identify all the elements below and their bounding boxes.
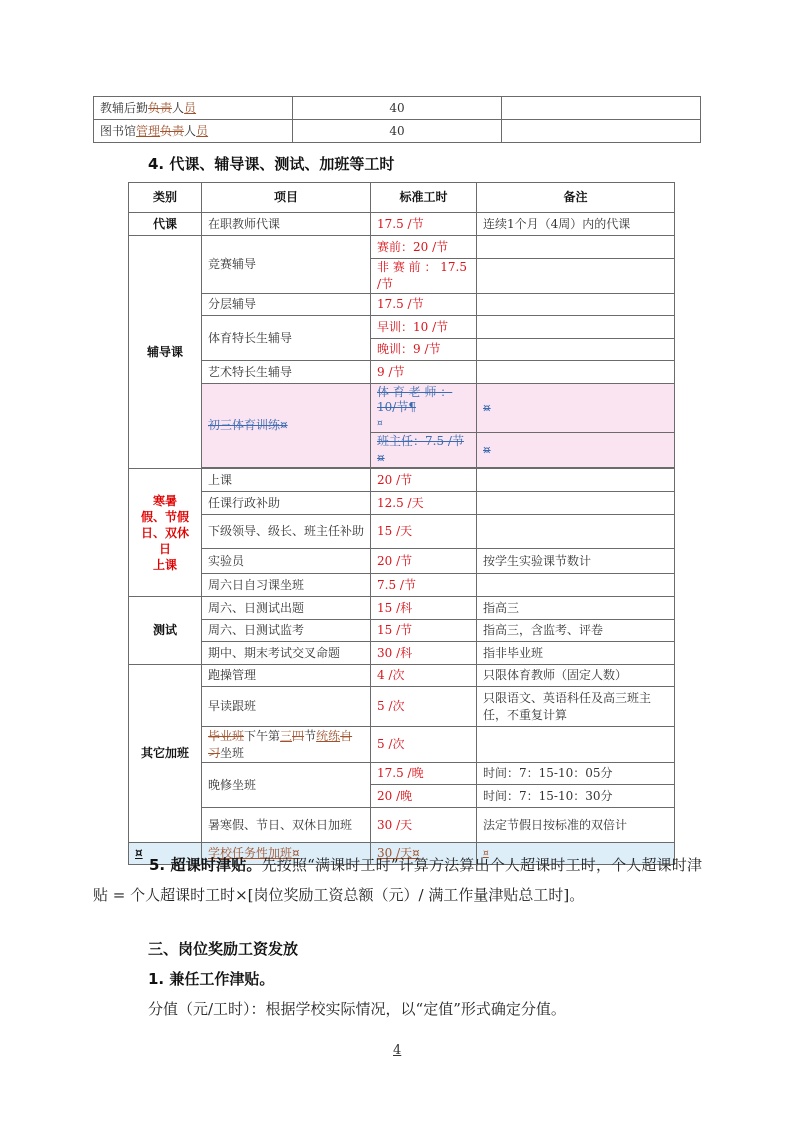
cell-item: 周六日自习课坐班 — [202, 574, 371, 597]
table-header-row: 类别 项目 标准工时 备注 — [129, 183, 675, 213]
cell-item: 竞赛辅导 — [202, 236, 371, 294]
cell-item: 在职教师代课 — [202, 213, 371, 236]
cell-note — [502, 97, 701, 120]
cell-note — [477, 316, 675, 339]
cell-note: 时间：7：15-10：30分 — [477, 785, 675, 808]
category-holiday: 寒暑假、节假日、双休日上课 — [129, 469, 202, 597]
table-row: 下级领导、级长、班主任补助 15 /天 — [129, 515, 675, 549]
cell-hours: 17.5 /节 — [371, 294, 477, 316]
cell-item: 实验员 — [202, 549, 371, 574]
subsection-heading: 1. 兼任工作津贴。 — [148, 964, 274, 994]
cell-hours: 7.5 /节 — [371, 574, 477, 597]
category-fudao: 辅导课 — [129, 236, 202, 469]
cell-note — [477, 236, 675, 259]
cell-note — [502, 120, 701, 143]
table-row: 暑寒假、节日、双休日加班 30 /天 法定节假日按标准的双倍计 — [129, 808, 675, 843]
category-daike: 代课 — [129, 213, 202, 236]
cell-hours: 5 /次 — [371, 687, 477, 727]
table-row: 毕业班下午第三四节统练自习坐班 5 /次 — [129, 727, 675, 763]
table-row: 早读跟班 5 /次 只限语文、英语科任及高三班主任，不重复计算 — [129, 687, 675, 727]
cell-item: 艺术特长生辅导 — [202, 361, 371, 384]
table-row: 代课 在职教师代课 17.5 /节 连续1个月（4周）内的代课 — [129, 213, 675, 236]
section-three-heading: 三、岗位奖励工资发放 — [148, 934, 298, 964]
header-category: 类别 — [129, 183, 202, 213]
cell-item: 教辅后勤负责人员 — [94, 97, 293, 120]
cell-item: 初三体育训练¤ — [202, 384, 371, 468]
cell-note — [477, 574, 675, 597]
cell-item: 下级领导、级长、班主任补助 — [202, 515, 371, 549]
header-hours: 标准工时 — [371, 183, 477, 213]
cell-hours: 20 /节 — [371, 469, 477, 492]
cell-note — [477, 361, 675, 384]
cell-item: 暑寒假、节日、双休日加班 — [202, 808, 371, 843]
cell-hours: 20 /晚 — [371, 785, 477, 808]
table-row: 周六、日测试监考 15 /节 指高三，含监考、评卷 — [129, 620, 675, 642]
cell-item: 早读跟班 — [202, 687, 371, 727]
cell-item: 周六、日测试监考 — [202, 620, 371, 642]
table-row-tracked-deletion: 初三体育训练¤ 体 育 老 师 ：10/节¶¤ ¤ — [129, 384, 675, 433]
cell-hours: 班主任：7.5 /节¤ — [371, 433, 477, 468]
body-text: 分值（元/工时）：根据学校实际情况，以“定值”形式确定分值。 — [148, 994, 566, 1024]
cell-hours: 15 /科 — [371, 597, 477, 620]
table-row: 其它加班 跑操管理 4 /次 只限体育教师（固定人数） — [129, 665, 675, 687]
cell-note: 连续1个月（4周）内的代课 — [477, 213, 675, 236]
section5-paragraph: 5. 超课时津贴。先按照“满课时工时”计算方法算出个人超课时工时，个人超课时津贴… — [93, 850, 702, 910]
category-ceshi: 测试 — [129, 597, 202, 665]
table-row: 辅导课 竞赛辅导 赛前：20 /节 — [129, 236, 675, 259]
cell-hours: 17.5 /晚 — [371, 763, 477, 785]
table-row: 实验员 20 /节 按学生实验课节数计 — [129, 549, 675, 574]
cell-hours: 12.5 /天 — [371, 492, 477, 515]
table-row: 体育特长生辅导 早训：10 /节 — [129, 316, 675, 339]
cell-hours: 5 /次 — [371, 727, 477, 763]
cell-note — [477, 492, 675, 515]
header-note: 备注 — [477, 183, 675, 213]
top-table: 教辅后勤负责人员 40 图书馆管理负责人员 40 — [93, 96, 701, 143]
cell-note — [477, 469, 675, 492]
table-row: 测试 周六、日测试出题 15 /科 指高三 — [129, 597, 675, 620]
table-row: 图书馆管理负责人员 40 — [94, 120, 701, 143]
cell-item: 毕业班下午第三四节统练自习坐班 — [202, 727, 371, 763]
workload-table: 类别 项目 标准工时 备注 代课 在职教师代课 17.5 /节 连续1个月（4周… — [128, 182, 675, 865]
cell-hours: 晚训：9 /节 — [371, 339, 477, 361]
table-row: 周六日自习课坐班 7.5 /节 — [129, 574, 675, 597]
cell-value: 40 — [293, 97, 502, 120]
cell-note: 只限体育教师（固定人数） — [477, 665, 675, 687]
cell-note — [477, 294, 675, 316]
cell-item: 任课行政补助 — [202, 492, 371, 515]
cell-item: 体育特长生辅导 — [202, 316, 371, 361]
cell-note — [477, 339, 675, 361]
cell-note: 指非毕业班 — [477, 642, 675, 665]
page-number: 4 — [393, 1043, 401, 1058]
cell-hours: 9 /节 — [371, 361, 477, 384]
cell-hours: 4 /次 — [371, 665, 477, 687]
table-row: 艺术特长生辅导 9 /节 — [129, 361, 675, 384]
table-row: 晚修坐班 17.5 /晚 时间：7：15-10：05分 — [129, 763, 675, 785]
header-item: 项目 — [202, 183, 371, 213]
category-qita: 其它加班 — [129, 665, 202, 843]
cell-note: ¤ — [477, 433, 675, 468]
cell-note: 指高三 — [477, 597, 675, 620]
cell-note: 法定节假日按标准的双倍计 — [477, 808, 675, 843]
cell-item: 跑操管理 — [202, 665, 371, 687]
cell-value: 40 — [293, 120, 502, 143]
cell-hours: 赛前：20 /节 — [371, 236, 477, 259]
cell-hours: 早训：10 /节 — [371, 316, 477, 339]
table-row: 教辅后勤负责人员 40 — [94, 97, 701, 120]
cell-hours: 20 /节 — [371, 549, 477, 574]
cell-note: 按学生实验课节数计 — [477, 549, 675, 574]
cell-hours: 体 育 老 师 ：10/节¶¤ — [371, 384, 477, 433]
cell-note: 时间：7：15-10：05分 — [477, 763, 675, 785]
cell-hours: 15 /天 — [371, 515, 477, 549]
cell-item: 周六、日测试出题 — [202, 597, 371, 620]
cell-note — [477, 259, 675, 294]
cell-note: 指高三，含监考、评卷 — [477, 620, 675, 642]
cell-hours: 17.5 /节 — [371, 213, 477, 236]
cell-item: 晚修坐班 — [202, 763, 371, 808]
cell-item: 图书馆管理负责人员 — [94, 120, 293, 143]
table-row: 分层辅导 17.5 /节 — [129, 294, 675, 316]
cell-hours: 30 /天 — [371, 808, 477, 843]
cell-item: 上课 — [202, 469, 371, 492]
cell-note — [477, 727, 675, 763]
table-row: 期中、期末考试交叉命题 30 /科 指非毕业班 — [129, 642, 675, 665]
table-row: 寒暑假、节假日、双休日上课 上课 20 /节 — [129, 469, 675, 492]
table-row: 任课行政补助 12.5 /天 — [129, 492, 675, 515]
section-heading: 4. 代课、辅导课、测试、加班等工时 — [148, 150, 394, 178]
cell-hours: 非 赛 前 ： 17.5 /节 — [371, 259, 477, 294]
cell-note: 只限语文、英语科任及高三班主任，不重复计算 — [477, 687, 675, 727]
cell-hours: 15 /节 — [371, 620, 477, 642]
cell-item: 分层辅导 — [202, 294, 371, 316]
cell-note — [477, 515, 675, 549]
cell-hours: 30 /科 — [371, 642, 477, 665]
cell-item: 期中、期末考试交叉命题 — [202, 642, 371, 665]
cell-note: ¤ — [477, 384, 675, 433]
